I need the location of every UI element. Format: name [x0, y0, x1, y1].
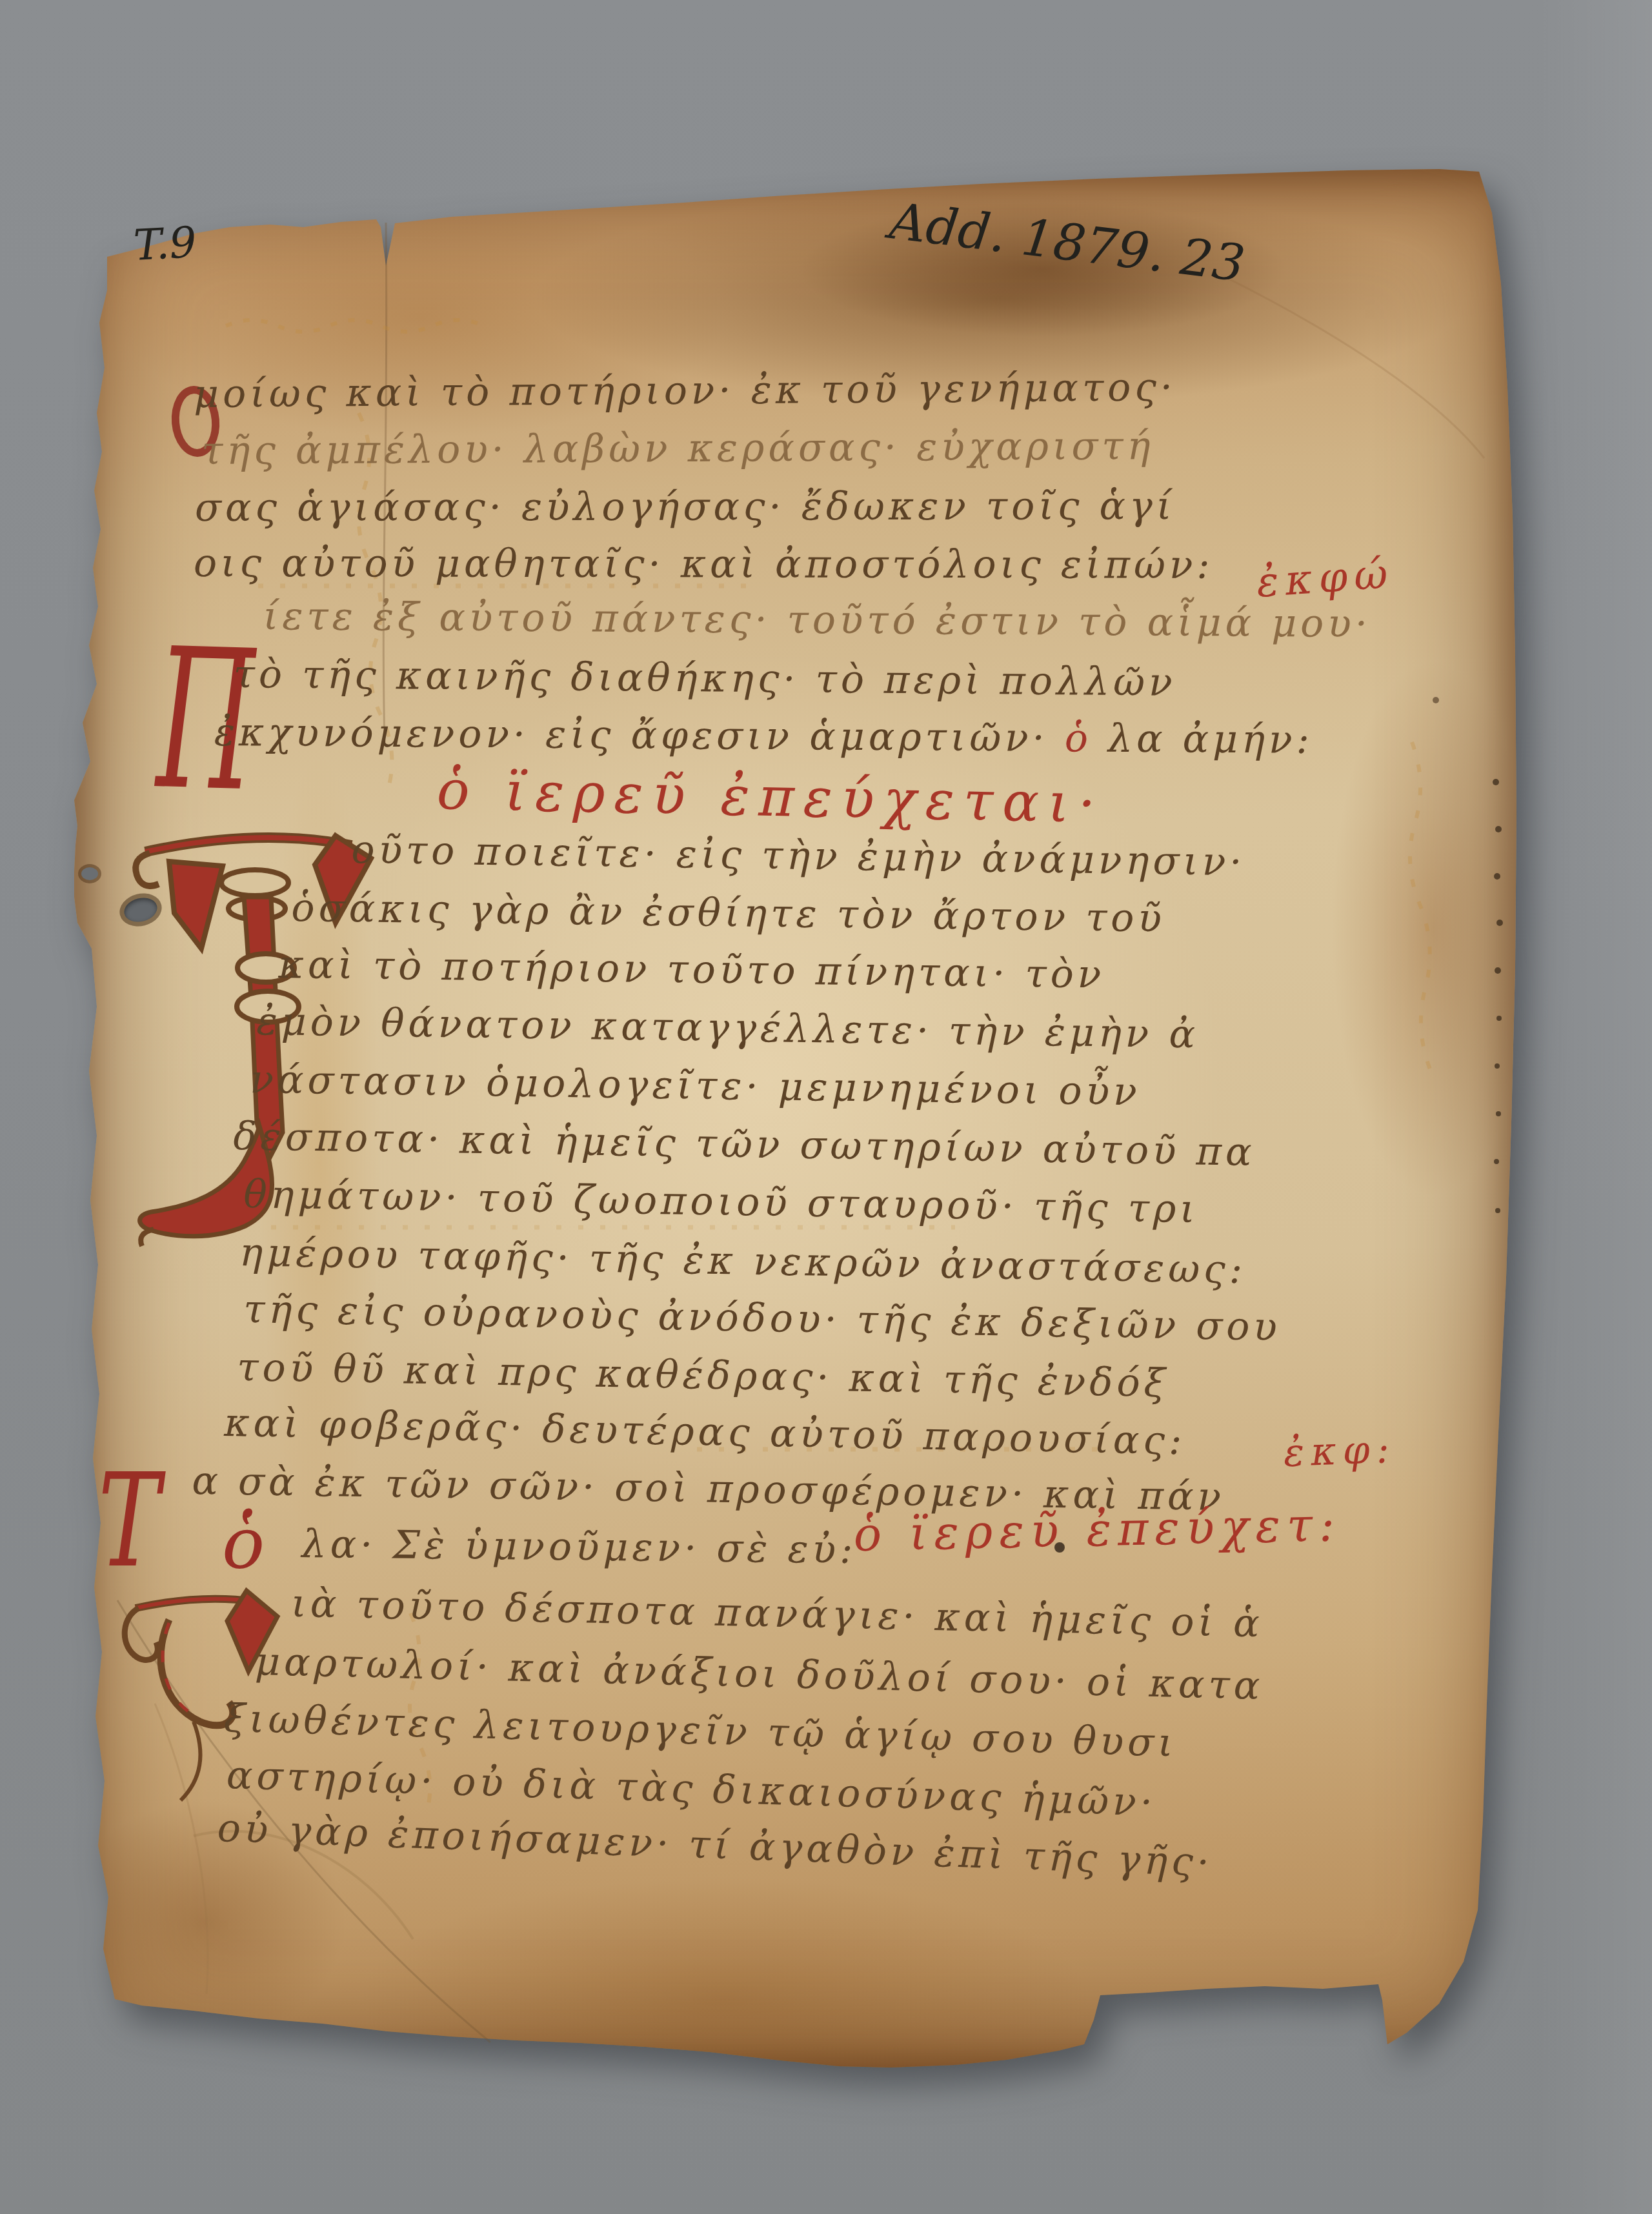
- line-segment: ἐκχυνόμενον· εἰς ἄφεσιν ἁμαρτιῶν·: [214, 710, 1049, 761]
- text-line: ίετε ἐξ αὐτοῦ πάντες· τοῦτό ἐστιν τὸ αἷμ…: [263, 595, 1372, 645]
- text-line: ὁσάκις γὰρ ἂν ἐσθίητε τὸν ἄρτον τοῦ: [291, 887, 1165, 940]
- folio-mark: T.9: [132, 217, 197, 270]
- ekphonesis-rubric-short: ἐκφ:: [1283, 1430, 1396, 1473]
- photograph-of-manuscript-leaf: T.9 Add. 1879. 23 μοίως καὶ τὸ ποτήριον·…: [0, 0, 1652, 2214]
- text-line-with-red-segment: ἐκχυνόμενον· εἰς ἄφεσιν ἁμαρτιῶν· ὁ λα ἀ…: [214, 711, 1313, 761]
- initial-omicron-small: ὁ: [222, 1511, 265, 1575]
- priest-prays-inline-rubric: ὁ ϊερεῦ ἐπεύχετ:: [853, 1501, 1342, 1558]
- text-line: σας ἁγιάσας· εὐλογήσας· ἔδωκεν τοῖς ἁγί: [195, 485, 1176, 529]
- text-line: λα· Σὲ ὑμνοῦμεν· σὲ εὐ:: [301, 1523, 857, 1571]
- initial-tau-small: Τ: [98, 1464, 160, 1580]
- line-segment: λα ἀμήν:: [1108, 716, 1313, 763]
- ekphonesis-rubric: ἐκφώ: [1255, 553, 1395, 604]
- text-line: μοίως καὶ τὸ ποτήριον· ἐκ τοῦ γενήματος·: [194, 366, 1176, 416]
- text-line: τῆς ἀμπέλου· λαβὼν κεράσας· εὐχαριστή: [201, 425, 1154, 472]
- priest-prays-heading: ὁ ϊερεῦ ἐπεύχεται·: [436, 763, 1105, 831]
- text-line: καὶ τὸ ποτήριον τοῦτο πίνηται· τὸν: [278, 943, 1105, 996]
- text-line: οις αὐτοῦ μαθηταῖς· καὶ ἀποστόλοις εἰπών…: [194, 542, 1214, 587]
- parchment-hole-small: [81, 867, 98, 880]
- text-line: τὸ τῆς καινῆς διαθήκης· τὸ περὶ πολλῶν: [233, 653, 1176, 704]
- line-segment-red: ὁ: [1065, 716, 1093, 761]
